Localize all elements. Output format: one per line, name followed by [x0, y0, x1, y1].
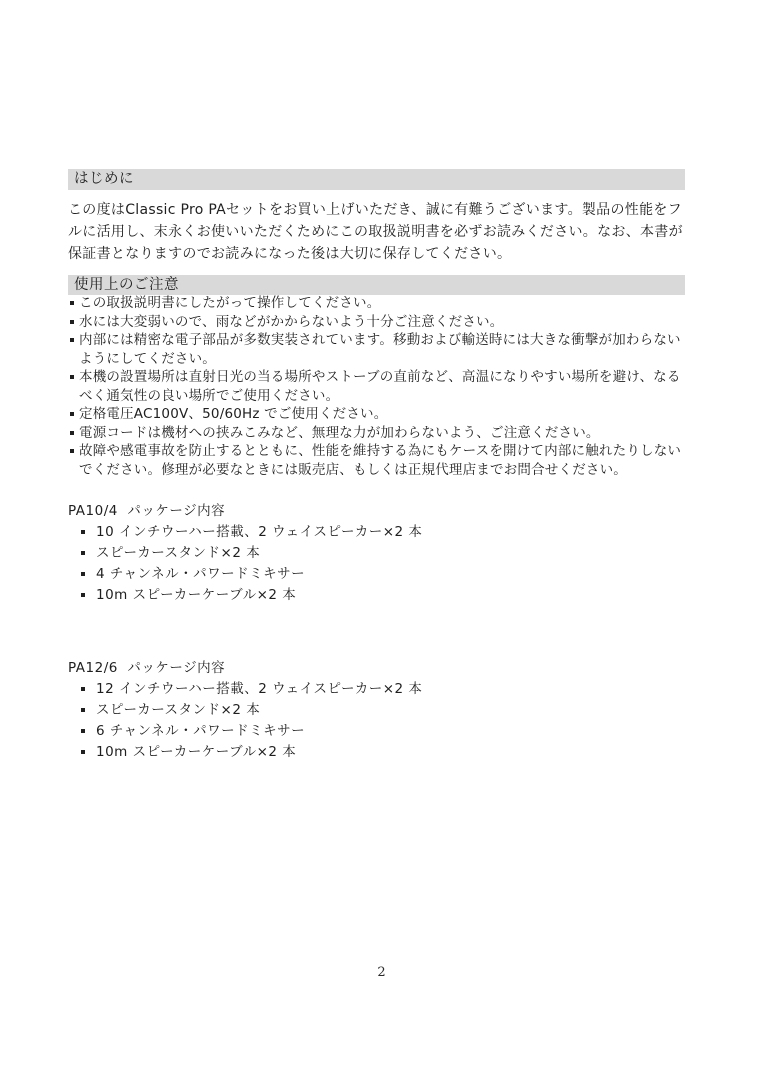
bullet-icon [70, 412, 74, 416]
list-item-text: 本機の設置場所は直射日光の当る場所やストーブの直前など、高温になりやすい場所を避… [79, 369, 681, 404]
list-item-text: 4 チャンネル・パワードミキサー [96, 566, 305, 582]
bullet-icon [81, 551, 85, 555]
list-item-text: スピーカースタンド×2 本 [96, 545, 260, 561]
bullet-icon [81, 687, 85, 691]
manual-page: はじめに この度はClassic Pro PAセットをお買い上げいただき、誠に有… [0, 0, 763, 1080]
list-item-text: この取扱説明書にしたがって操作してください。 [79, 295, 380, 311]
list-item-text: 6 チャンネル・パワードミキサー [96, 723, 305, 739]
bullet-icon [70, 320, 74, 324]
list-item: スピーカースタンド×2 本 [68, 703, 685, 717]
bullet-icon [81, 708, 85, 712]
list-item: 水には大変弱いので、雨などがかからないよう十分ご注意ください。 [68, 313, 685, 332]
list-item: この取扱説明書にしたがって操作してください。 [68, 294, 685, 313]
list-item-text: 水には大変弱いので、雨などがかからないよう十分ご注意ください。 [79, 314, 503, 330]
pa104-package-section: PA10/4 パッケージ内容 10 インチウーハー搭載、2 ウェイスピーカー×2… [68, 499, 685, 609]
page-number: 2 [0, 965, 763, 980]
bullet-icon [81, 593, 85, 597]
list-item: スピーカースタンド×2 本 [68, 546, 685, 560]
list-item: 10m スピーカーケーブル×2 本 [68, 588, 685, 602]
list-item: 6 チャンネル・パワードミキサー [68, 724, 685, 738]
bullet-icon [70, 431, 74, 435]
list-item-text: 10m スピーカーケーブル×2 本 [96, 587, 296, 603]
list-item: 内部には精密な電子部品が多数実装されています。移動および輸送時には大きな衝撃が加… [68, 331, 685, 368]
pa126-package-section: PA12/6 パッケージ内容 12 インチウーハー搭載、2 ウェイスピーカー×2… [68, 656, 685, 766]
list-item-text: スピーカースタンド×2 本 [96, 702, 260, 718]
bullet-icon [70, 338, 74, 342]
pa104-package-list: 10 インチウーハー搭載、2 ウェイスピーカー×2 本 スピーカースタンド×2 … [68, 525, 685, 602]
bullet-icon [81, 572, 85, 576]
pa126-package-heading: PA12/6 パッケージ内容 [68, 656, 685, 676]
list-item: 故障や感電事故を防止するとともに、性能を維持する為にもケースを開けて内部に触れた… [68, 442, 685, 479]
list-item: 4 チャンネル・パワードミキサー [68, 567, 685, 581]
list-item-text: 内部には精密な電子部品が多数実装されています。移動および輸送時には大きな衝撃が加… [79, 332, 681, 367]
list-item: 12 インチウーハー搭載、2 ウェイスピーカー×2 本 [68, 682, 685, 696]
pa126-package-list: 12 インチウーハー搭載、2 ウェイスピーカー×2 本 スピーカースタンド×2 … [68, 682, 685, 759]
list-item-text: 電源コードは機材への挟みこみなど、無理な力が加わらないよう、ご注意ください。 [79, 425, 600, 441]
list-item: 10m スピーカーケーブル×2 本 [68, 745, 685, 759]
list-item: 電源コードは機材への挟みこみなど、無理な力が加わらないよう、ご注意ください。 [68, 424, 685, 443]
bullet-icon [70, 301, 74, 305]
list-item-text: 10 インチウーハー搭載、2 ウェイスピーカー×2 本 [96, 524, 422, 540]
list-item: 本機の設置場所は直射日光の当る場所やストーブの直前など、高温になりやすい場所を避… [68, 368, 685, 405]
list-item: 10 インチウーハー搭載、2 ウェイスピーカー×2 本 [68, 525, 685, 539]
list-item: 定格電圧AC100V、50/60Hz でご使用ください。 [68, 405, 685, 424]
bullet-icon [81, 750, 85, 754]
precautions-list: この取扱説明書にしたがって操作してください。 水には大変弱いので、雨などがかから… [68, 294, 685, 479]
bullet-icon [81, 530, 85, 534]
list-item-text: 10m スピーカーケーブル×2 本 [96, 744, 296, 760]
bullet-icon [81, 729, 85, 733]
pa104-package-heading: PA10/4 パッケージ内容 [68, 499, 685, 519]
bullet-icon [70, 375, 74, 379]
bullet-icon [70, 449, 74, 453]
list-item-text: 定格電圧AC100V、50/60Hz でご使用ください。 [79, 406, 387, 422]
intro-paragraph: この度はClassic Pro PAセットをお買い上げいただき、誠に有難うござい… [68, 199, 685, 265]
list-item-text: 故障や感電事故を防止するとともに、性能を維持する為にもケースを開けて内部に触れた… [79, 443, 681, 478]
intro-section-heading-bar: はじめに [68, 169, 685, 190]
list-item-text: 12 インチウーハー搭載、2 ウェイスピーカー×2 本 [96, 681, 422, 697]
precautions-section-heading-bar: 使用上のご注意 [68, 275, 685, 295]
